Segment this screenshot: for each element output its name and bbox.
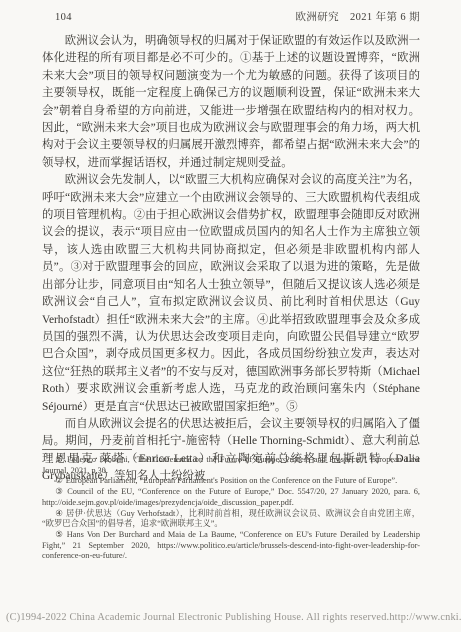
page-number: 104 <box>55 12 72 23</box>
page-header: 104 欧洲研究 2021 年第 6 期 <box>55 9 420 24</box>
footnote-separator <box>42 449 132 450</box>
footnote-item: ①Federico Fabbrini, “The Conference on t… <box>42 455 420 476</box>
footnote-text: Federico Fabbrini, “The Conference on th… <box>42 455 420 475</box>
cnki-watermark: (C)1994-2022 China Academic Journal Elec… <box>6 612 455 623</box>
footnote-text: European Parliament, “European Parliamen… <box>66 476 397 485</box>
footnote-section: ①Federico Fabbrini, “The Conference on t… <box>42 449 420 562</box>
footnote-item: ③Council of the EU, “Conference on the F… <box>42 487 420 508</box>
footnote-item: ②European Parliament, “European Parliame… <box>42 476 420 487</box>
footnote-marker: ① <box>55 455 64 464</box>
copyright-text: (C)1994-2022 China Academic Journal Elec… <box>6 612 389 623</box>
journal-title-issue: 欧洲研究 2021 年第 6 期 <box>295 9 420 24</box>
footnote-marker: ② <box>55 476 62 485</box>
footnote-marker: ③ <box>55 487 64 496</box>
footnote-marker: ⑤ <box>55 530 64 539</box>
body-paragraph: 欧洲议会先发制人，以“欧盟三大机构应确保对会议的高度关注”为名，呼吁“欧洲未来大… <box>42 172 420 416</box>
body-paragraph: 欧洲议会认为，明确领导权的归属对于保证欧盟的有效运作以及欧洲一体化进程的所有项目… <box>42 33 420 172</box>
article-body: 欧洲议会认为，明确领导权的归属对于保证欧盟的有效运作以及欧洲一体化进程的所有项目… <box>42 33 420 486</box>
journal-page: 104 欧洲研究 2021 年第 6 期 欧洲议会认为，明确领导权的归属对于保证… <box>0 0 461 632</box>
footnote-text: Council of the EU, “Conference on the Fu… <box>42 487 420 507</box>
footnote-item: ⑤Hans Von Der Burchard and Maia de La Ba… <box>42 530 420 562</box>
footnote-text: 居伊·伏思达（Guy Verhofstadt），比利时前首相，现任欧洲议会议员、… <box>42 509 420 529</box>
footnote-item: ④居伊·伏思达（Guy Verhofstadt），比利时前首相，现任欧洲议会议员… <box>42 509 420 530</box>
footnote-text: Hans Von Der Burchard and Maia de La Bau… <box>42 530 420 560</box>
cnki-url: http://www.cnki.net <box>389 612 461 623</box>
footnote-marker: ④ <box>55 509 63 518</box>
